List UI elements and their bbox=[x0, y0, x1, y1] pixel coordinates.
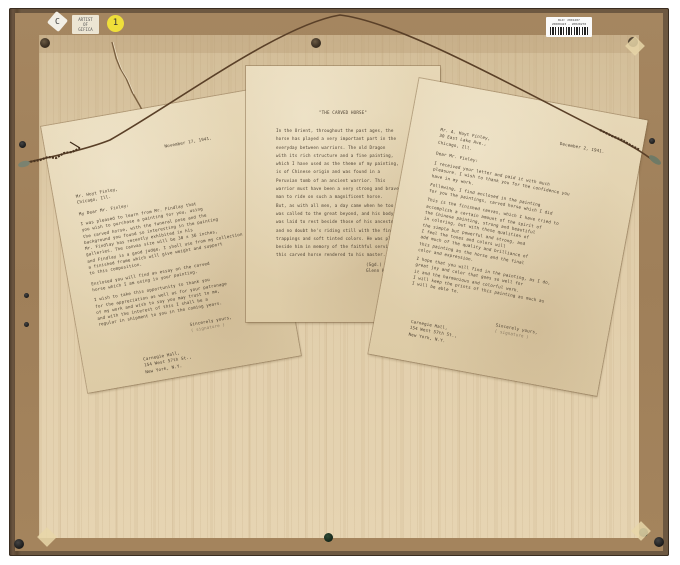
screw-icon bbox=[14, 539, 24, 549]
nail-hole-icon bbox=[649, 138, 655, 144]
nail-hole-icon bbox=[24, 293, 29, 298]
letter-date: November 17, 1941. bbox=[164, 135, 212, 150]
barcode-label: BLD: 2801287 20000423 - 2P020270 bbox=[546, 17, 592, 37]
letter-closing: Sincerely yours, ( signature ) bbox=[189, 315, 233, 335]
letter-closing: Sincerely yours, ( signature ) bbox=[494, 322, 538, 342]
handwritten-note-label: ARTIST OF GIFICA bbox=[72, 15, 99, 34]
letter-address: Mr. A. Hoyt Finley, 30 East Lake Ave., C… bbox=[437, 127, 490, 155]
letter-footer-address: Carnegie Hall, 154 West 57th St., New Yo… bbox=[408, 319, 459, 346]
essay-title: "THE CARVED HORSE" bbox=[246, 110, 440, 116]
yellow-number-sticker: 1 bbox=[107, 15, 124, 32]
nail-hole-icon bbox=[24, 322, 29, 327]
screw-icon bbox=[324, 533, 333, 542]
letter-address: Mr. Hoyt Finley, Chicago, Ill. bbox=[75, 186, 119, 206]
barcode-icon bbox=[550, 27, 588, 35]
screw-icon bbox=[40, 38, 50, 48]
letter-body: I received your letter and paid it with … bbox=[411, 160, 621, 321]
screw-icon bbox=[311, 38, 321, 48]
letter-date: December 2, 1941. bbox=[559, 141, 605, 155]
nail-hole-icon bbox=[19, 141, 26, 148]
letter-footer-address: Carnegie Hall, 154 West 57th St., New Yo… bbox=[143, 348, 194, 375]
screw-icon bbox=[654, 537, 664, 547]
